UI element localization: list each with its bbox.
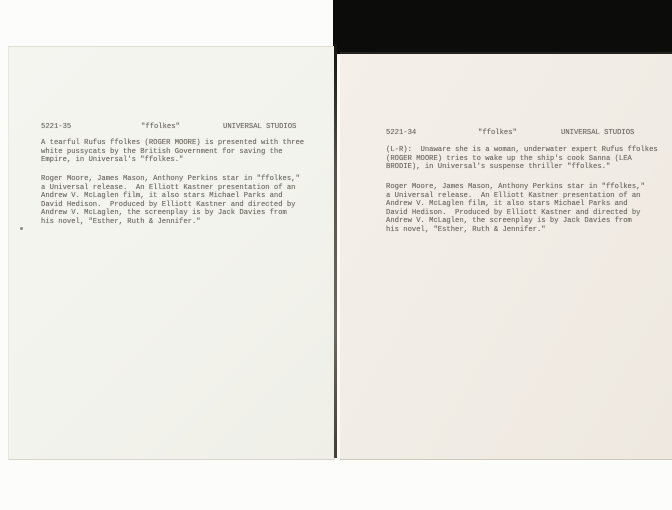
sheet-edge-highlight — [337, 56, 339, 456]
photo-caption-text: A tearful Rufus ffolkes (ROGER MOORE) is… — [41, 139, 304, 165]
film-title: "ffolkes" — [478, 129, 517, 138]
film-title: "ffolkes" — [141, 123, 180, 132]
photo-number: 5221-35 — [41, 123, 71, 132]
scanned-press-sheets: 5221-35 "ffolkes" UNIVERSAL STUDIOS A te… — [0, 0, 672, 510]
press-sheet-left: 5221-35 "ffolkes" UNIVERSAL STUDIOS A te… — [8, 46, 335, 460]
studio-name: UNIVERSAL STUDIOS — [561, 129, 634, 138]
scanner-dark-backing — [333, 0, 672, 54]
film-credits-text: Roger Moore, James Mason, Anthony Perkin… — [41, 175, 300, 226]
studio-name: UNIVERSAL STUDIOS — [223, 123, 296, 132]
press-sheet-right: 5221-34 "ffolkes" UNIVERSAL STUDIOS (L-R… — [340, 52, 672, 460]
photo-number: 5221-34 — [386, 129, 416, 138]
sheet-header: 5221-34 "ffolkes" UNIVERSAL STUDIOS — [386, 129, 658, 138]
film-credits-text: Roger Moore, James Mason, Anthony Perkin… — [386, 183, 645, 234]
photo-caption-text: (L-R): Unaware she is a woman, underwate… — [386, 146, 658, 172]
sheet-header: 5221-35 "ffolkes" UNIVERSAL STUDIOS — [41, 123, 305, 132]
stray-ink-mark — [20, 227, 23, 230]
